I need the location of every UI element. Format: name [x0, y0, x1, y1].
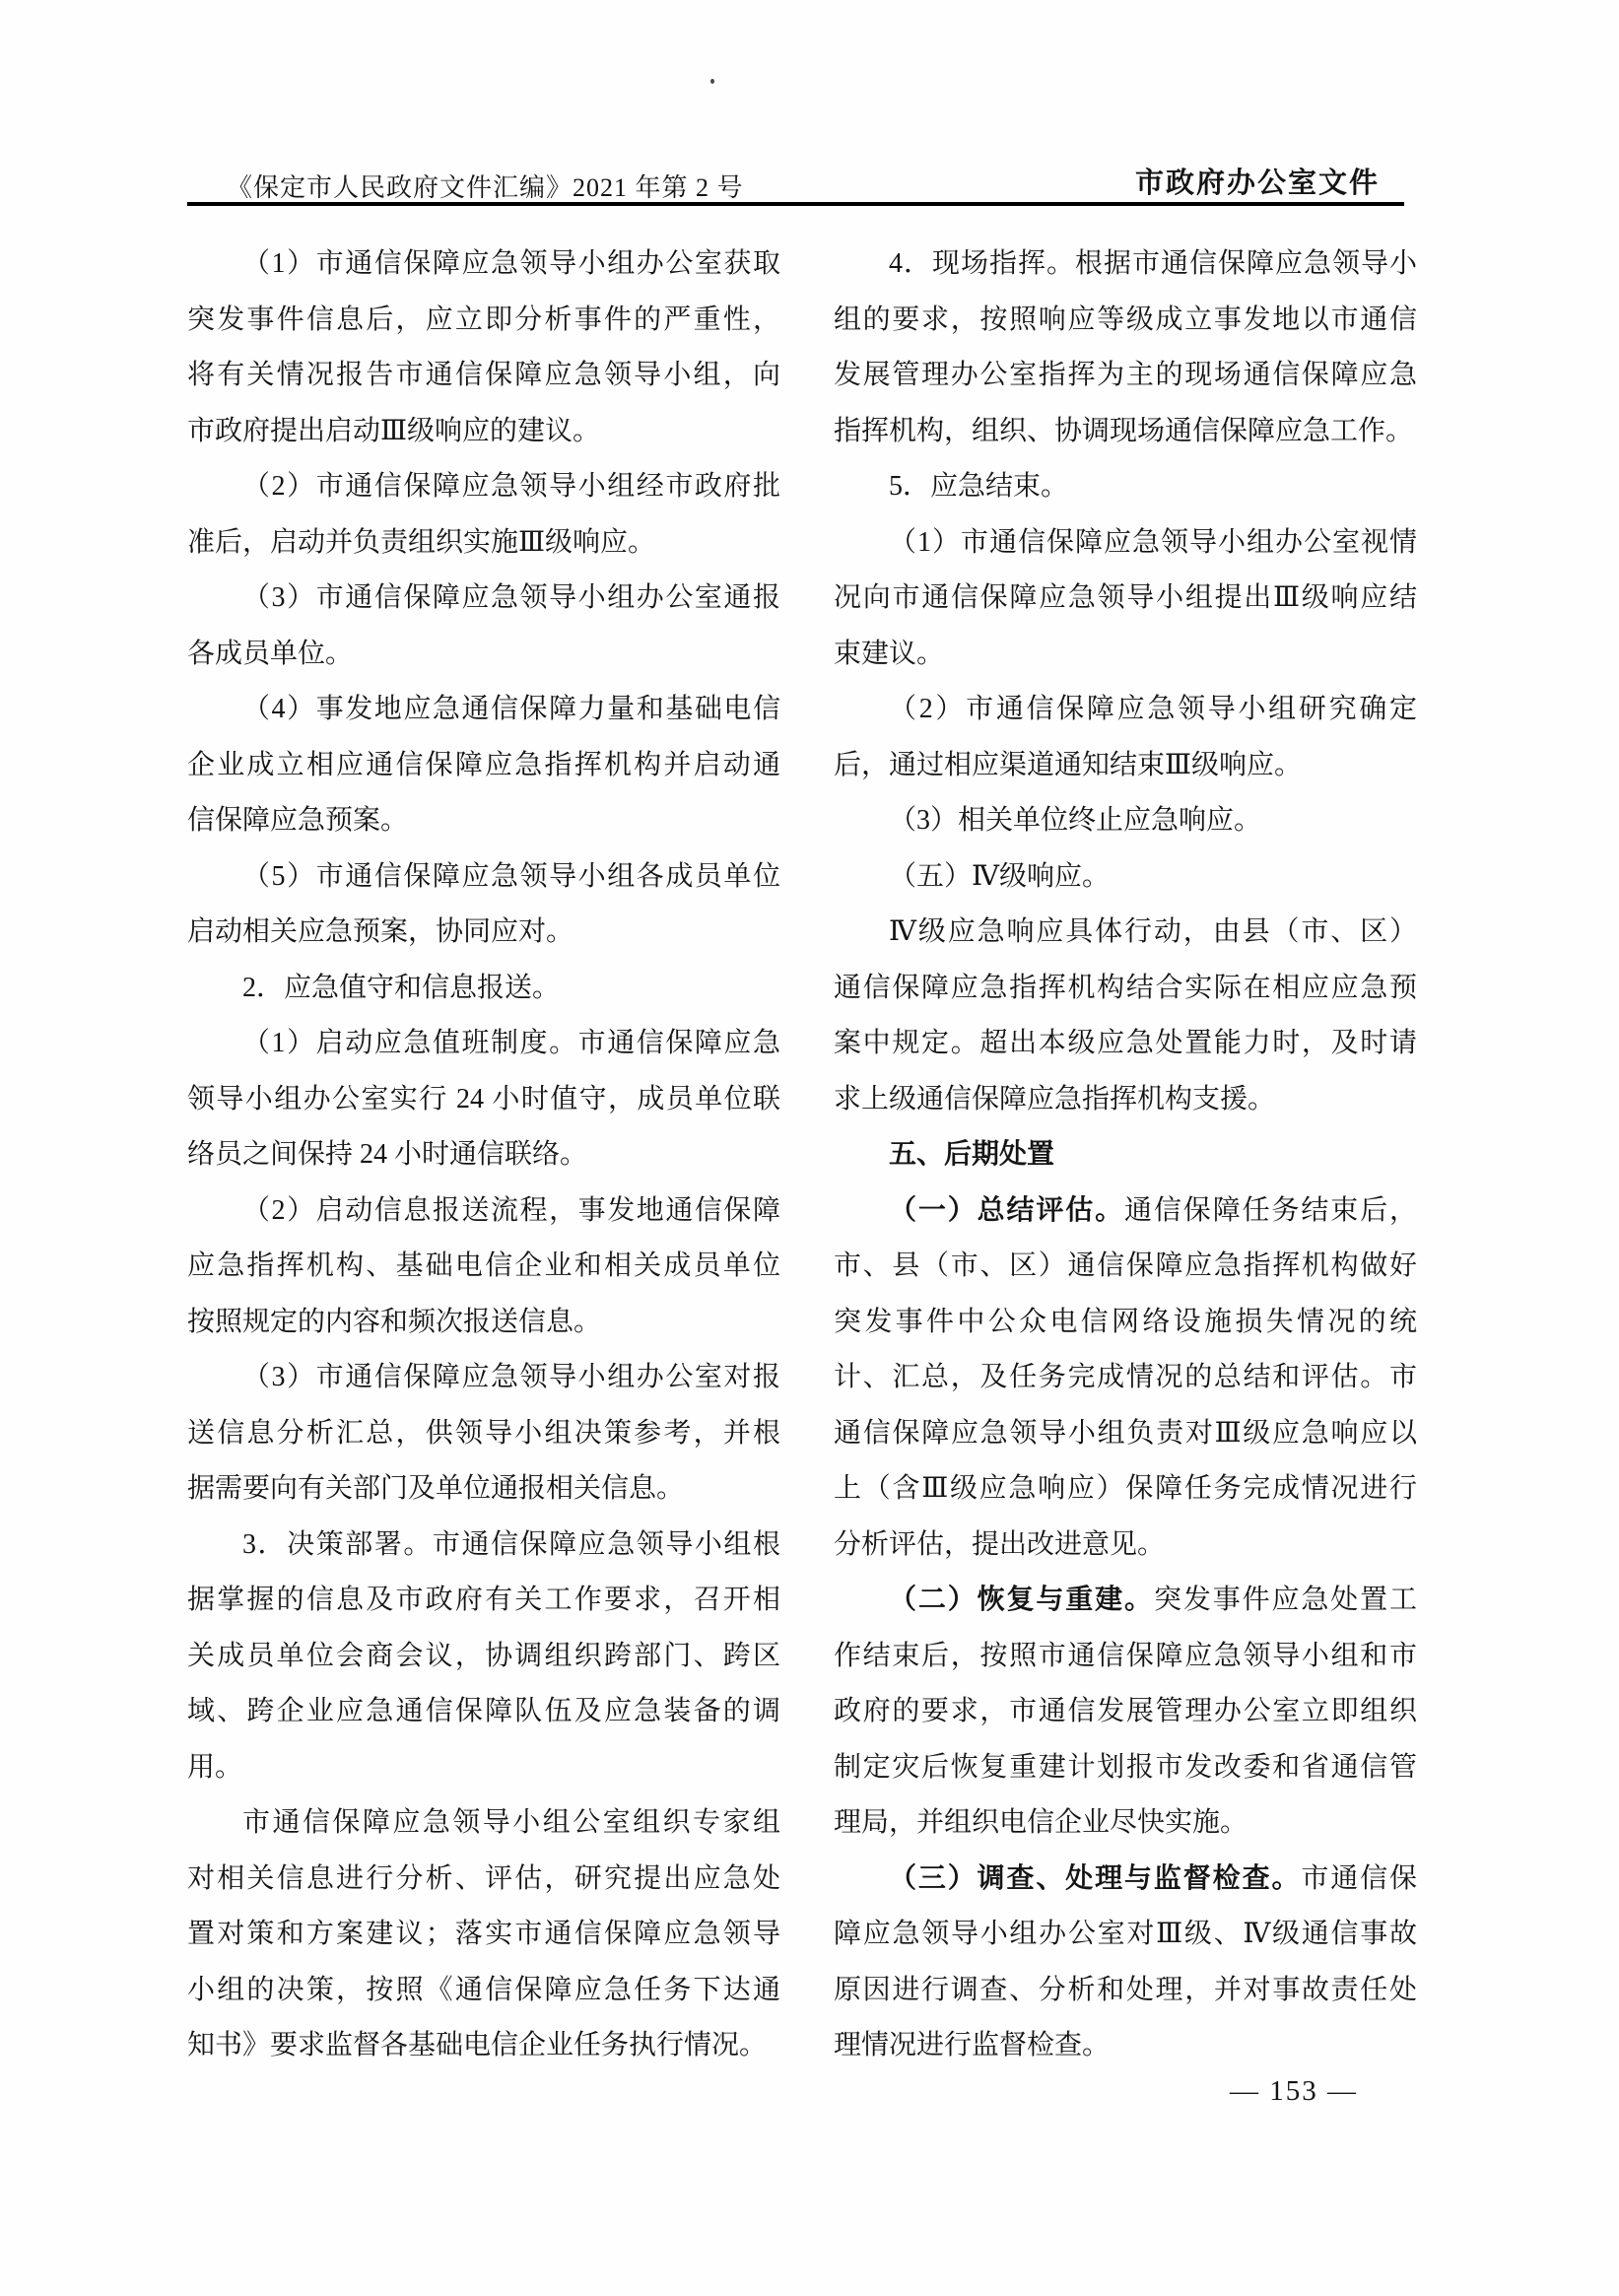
- text-line: （1）市通信保障应急领导小组办公室获取: [187, 236, 780, 293]
- text-line: 指挥机构，组织、协调现场通信保障应急工作。: [834, 404, 1417, 460]
- text-line: 制定灾后恢复重建计划报市发改委和省通信管: [834, 1740, 1417, 1796]
- text-line: 领导小组办公室实行 24 小时值守，成员单位联: [187, 1072, 780, 1128]
- header-rule: [187, 202, 1404, 206]
- text-column-right: 4．现场指挥。根据市通信保障应急领导小组的要求，按照响应等级成立事发地以市通信发…: [834, 236, 1417, 2074]
- text-line: Ⅳ级应急响应具体行动，由县（市、区）: [834, 905, 1417, 961]
- text-line: 分析评估，提出改进意见。: [834, 1518, 1417, 1574]
- text-line: 据掌握的信息及市政府有关工作要求，召开相: [187, 1573, 780, 1629]
- text-line: 束建议。: [834, 627, 1417, 683]
- text-line: 后，通过相应渠道通知结束Ⅲ级响应。: [834, 738, 1417, 794]
- text-line: 政府的要求，市通信发展管理办公室立即组织: [834, 1684, 1417, 1740]
- text-line: 通信保障应急指挥机构结合实际在相应应急预: [834, 961, 1417, 1017]
- text-line: 关成员单位会商会议，协调组织跨部门、跨区: [187, 1629, 780, 1685]
- text-line: 突发事件中公众电信网络设施损失情况的统: [834, 1295, 1417, 1351]
- text-line: （1）启动应急值班制度。市通信保障应急: [187, 1016, 780, 1072]
- text-line: （2）启动信息报送流程，事发地通信保障: [187, 1183, 780, 1240]
- text-line: （3）相关单位终止应急响应。: [834, 793, 1417, 849]
- text-line: 况向市通信保障应急领导小组提出Ⅲ级响应结: [834, 571, 1417, 627]
- text-line: 障应急领导小组办公室对Ⅲ级、Ⅳ级通信事故: [834, 1907, 1417, 1963]
- text-line: 知书》要求监督各基础电信企业任务执行情况。: [187, 2018, 780, 2074]
- text-line: 作结束后，按照市通信保障应急领导小组和市: [834, 1629, 1417, 1685]
- text-line: 小组的决策，按照《通信保障应急任务下达通: [187, 1963, 780, 2019]
- text-line: 发展管理办公室指挥为主的现场通信保障应急: [834, 348, 1417, 404]
- text-line: （五）Ⅳ级响应。: [834, 849, 1417, 906]
- text-line: 据需要向有关部门及单位通报相关信息。: [187, 1461, 780, 1518]
- text-line: （三）调查、处理与监督检查。市通信保: [834, 1852, 1417, 1908]
- text-line: 市、县（市、区）通信保障应急指挥机构做好: [834, 1239, 1417, 1295]
- text-line: （1）市通信保障应急领导小组办公室视情: [834, 515, 1417, 572]
- scan-speck: [710, 79, 714, 84]
- text-line: 3．决策部署。市通信保障应急领导小组根: [187, 1518, 780, 1574]
- text-line: 理情况进行监督检查。: [834, 2018, 1417, 2074]
- text-line: 置对策和方案建议；落实市通信保障应急领导: [187, 1907, 780, 1963]
- text-line: （4）事发地应急通信保障力量和基础电信: [187, 682, 780, 738]
- text-line: 案中规定。超出本级应急处置能力时，及时请: [834, 1016, 1417, 1072]
- text-line: 通信保障应急领导小组负责对Ⅲ级应急响应以: [834, 1406, 1417, 1462]
- text-line: （一）总结评估。通信保障任务结束后，: [834, 1183, 1417, 1240]
- text-line: 突发事件信息后，应立即分析事件的严重性，: [187, 293, 780, 349]
- header-section-title: 市政府办公室文件: [1135, 161, 1380, 201]
- text-line: 市通信保障应急领导小组公室组织专家组: [187, 1795, 780, 1852]
- text-line: 对相关信息进行分析、评估，研究提出应急处: [187, 1852, 780, 1908]
- text-line: 送信息分析汇总，供领导小组决策参考，并根: [187, 1406, 780, 1462]
- text-line: 计、汇总，及任务完成情况的总结和评估。市: [834, 1350, 1417, 1406]
- text-line: 启动相关应急预案，协同应对。: [187, 905, 780, 961]
- header-compilation-title: 《保定市人民政府文件汇编》2021 年第 2 号: [227, 168, 744, 204]
- text-line: 上（含Ⅲ级应急响应）保障任务完成情况进行: [834, 1461, 1417, 1518]
- text-line: 五、后期处置: [834, 1127, 1417, 1183]
- text-line: 按照规定的内容和频次报送信息。: [187, 1295, 780, 1351]
- text-line: 准后，启动并负责组织实施Ⅲ级响应。: [187, 515, 780, 572]
- text-column-left: （1）市通信保障应急领导小组办公室获取突发事件信息后，应立即分析事件的严重性，将…: [187, 236, 780, 2074]
- page-number: — 153 —: [834, 2069, 1358, 2113]
- text-line: （5）市通信保障应急领导小组各成员单位: [187, 849, 780, 906]
- text-line: （2）市通信保障应急领导小组研究确定: [834, 682, 1417, 738]
- text-line: 各成员单位。: [187, 627, 780, 683]
- text-line: 4．现场指挥。根据市通信保障应急领导小: [834, 236, 1417, 293]
- text-line: 2．应急值守和信息报送。: [187, 961, 780, 1017]
- text-line: 求上级通信保障应急指挥机构支援。: [834, 1072, 1417, 1128]
- text-line: 将有关情况报告市通信保障应急领导小组，向: [187, 348, 780, 404]
- text-line: 理局，并组织电信企业尽快实施。: [834, 1795, 1417, 1852]
- text-line: 5．应急结束。: [834, 459, 1417, 515]
- text-line: 组的要求，按照响应等级成立事发地以市通信: [834, 293, 1417, 349]
- text-line: （2）市通信保障应急领导小组经市政府批: [187, 459, 780, 515]
- text-line: （3）市通信保障应急领导小组办公室通报: [187, 571, 780, 627]
- text-line: 域、跨企业应急通信保障队伍及应急装备的调: [187, 1684, 780, 1740]
- text-line: 企业成立相应通信保障应急指挥机构并启动通: [187, 738, 780, 794]
- text-line: 信保障应急预案。: [187, 793, 780, 849]
- text-line: （3）市通信保障应急领导小组办公室对报: [187, 1350, 780, 1406]
- text-line: 应急指挥机构、基础电信企业和相关成员单位: [187, 1239, 780, 1295]
- text-line: 原因进行调查、分析和处理，并对事故责任处: [834, 1963, 1417, 2019]
- text-line: 用。: [187, 1740, 780, 1796]
- text-line: 市政府提出启动Ⅲ级响应的建议。: [187, 404, 780, 460]
- scanned-document-page: 《保定市人民政府文件汇编》2021 年第 2 号 市政府办公室文件 （1）市通信…: [0, 0, 1619, 2296]
- text-line: 络员之间保持 24 小时通信联络。: [187, 1127, 780, 1183]
- text-line: （二）恢复与重建。突发事件应急处置工: [834, 1573, 1417, 1629]
